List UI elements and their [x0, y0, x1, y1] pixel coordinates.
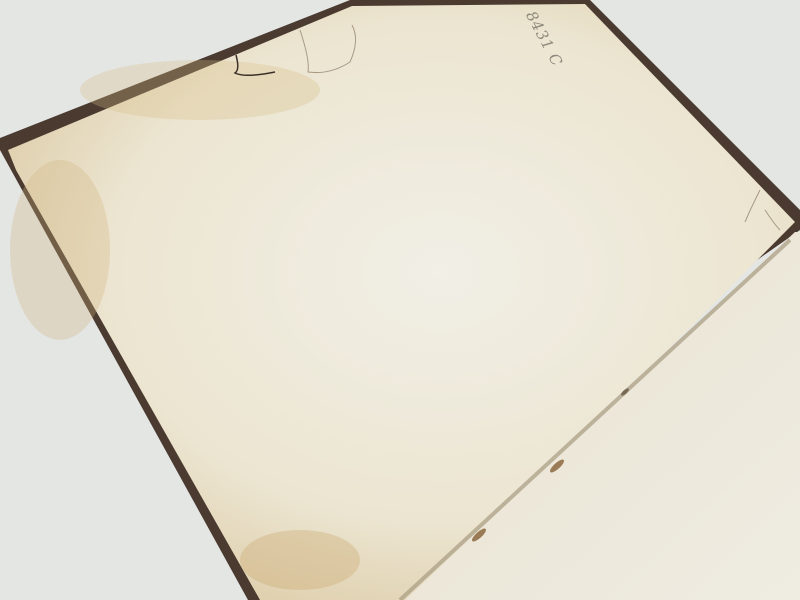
book-illustration — [0, 0, 800, 600]
book-photo: 8431 C — [0, 0, 800, 600]
